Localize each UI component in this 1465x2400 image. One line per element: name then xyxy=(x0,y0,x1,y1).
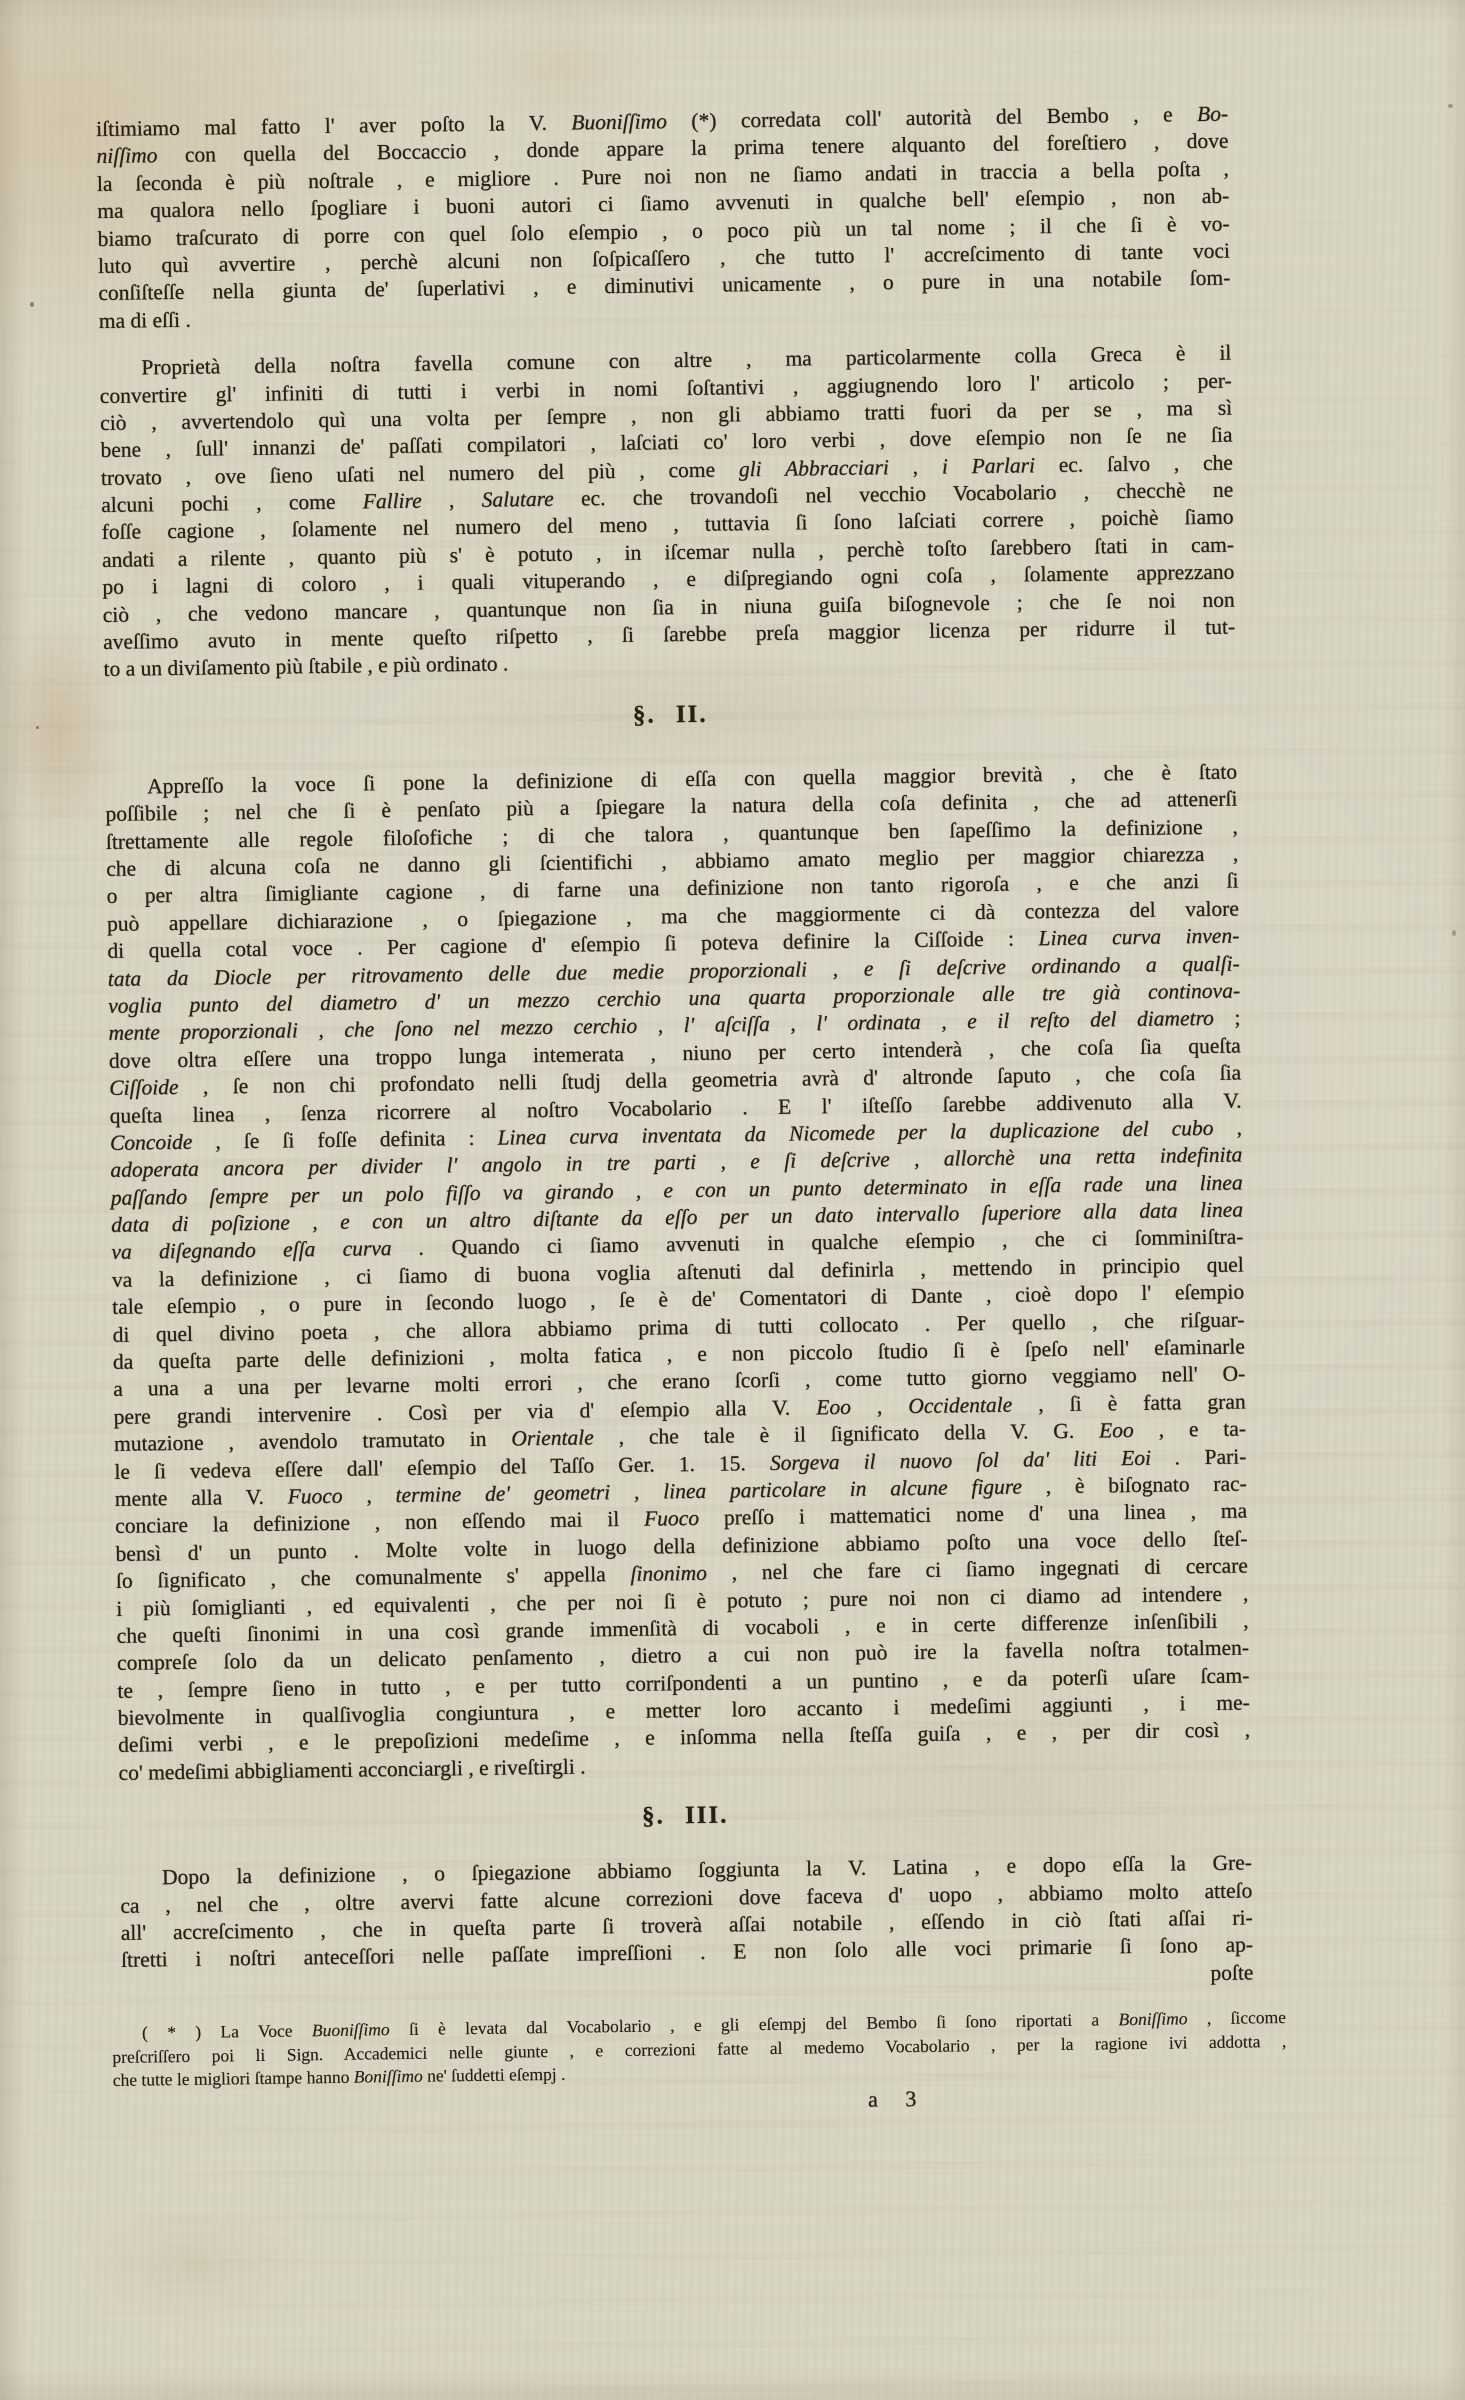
text-segment: , ſi è fatta gran xyxy=(1012,1389,1246,1416)
text-segment: che tutte le migliori ſtampe hanno xyxy=(113,2067,354,2090)
text-segment: ; xyxy=(1214,1006,1241,1030)
text-segment: ( * ) La Voce xyxy=(142,2020,312,2042)
italic-text-segment: Concoide xyxy=(110,1130,193,1155)
text-segment: alcuni pochi , come xyxy=(101,489,363,517)
footnote: ( * ) La Voce Buoniſſimo ſi è levata dal… xyxy=(112,2006,1287,2093)
ink-speck xyxy=(30,302,34,307)
text-segment: co' medeſimi abbigliamenti acconciargli … xyxy=(118,1754,585,1784)
text-segment: ſo ſignificato , che comunalmente s' app… xyxy=(116,1562,631,1593)
text-segment: , è biſognato rac- xyxy=(1022,1471,1247,1498)
text-segment: preſſo i mattematici nome d' una linea ,… xyxy=(699,1499,1247,1530)
italic-text-segment: Linea curva inven- xyxy=(1038,924,1239,951)
italic-text-segment: Boniſſimo xyxy=(1118,2009,1187,2030)
section-heading: §. II. xyxy=(104,692,1236,737)
text-segment: poſte xyxy=(1210,1960,1253,1985)
text-segment: conciare la definizione , non eſſendo ma… xyxy=(115,1507,644,1538)
paragraph: iſtimiamo mal fatto l' aver poſto la V. … xyxy=(96,101,1231,336)
italic-text-segment: Orientale xyxy=(511,1426,594,1451)
ink-speck xyxy=(1452,930,1456,936)
section-heading: §. III. xyxy=(119,1794,1251,1839)
italic-text-segment: Buoniſſimo xyxy=(312,2019,390,2040)
text-segment: ne' ſuddetti eſempj . xyxy=(423,2064,566,2086)
ink-speck xyxy=(1448,104,1453,108)
text-segment: mente alla V. xyxy=(115,1484,288,1510)
text-segment: , xyxy=(342,1483,395,1508)
italic-text-segment: Sorgeva il nuovo ſol da' liti Eoi . xyxy=(770,1445,1181,1475)
italic-text-segment: ſinonimo xyxy=(630,1561,707,1586)
text-segment: ma di eſſi . xyxy=(99,307,191,332)
main-text-column: iſtimiamo mal fatto l' aver poſto la V. … xyxy=(96,101,1255,2123)
italic-text-segment: Fuoco xyxy=(287,1484,342,1509)
ink-speck xyxy=(36,726,39,729)
text-segment: , che tale è il ſignificato della V. G. xyxy=(594,1419,1100,1450)
italic-text-segment: Salutare xyxy=(481,487,553,512)
italic-text-segment: Eoo xyxy=(816,1395,851,1419)
text-segment: iſtimiamo mal fatto l' aver poſto la V. xyxy=(96,111,571,141)
text-segment: , ſe ſi foſſe definita : xyxy=(192,1126,497,1154)
italic-text-segment: Fallire xyxy=(363,489,422,514)
italic-text-segment: va diſegnando eſſa curva . xyxy=(111,1236,424,1264)
text-segment: , xyxy=(889,454,942,479)
paragraph: Appreſſo la voce ſi pone la definizione … xyxy=(105,758,1251,1787)
italic-text-segment: Buoniſſimo xyxy=(571,109,667,134)
italic-text-segment: Boniſſimo xyxy=(354,2066,423,2087)
italic-text-segment: niſſimo xyxy=(96,144,157,169)
paragraph: Proprietà della noſtra favella comune co… xyxy=(99,340,1235,684)
text-segment: ec. ſalvo , che xyxy=(1035,450,1233,477)
text-segment: Pari- xyxy=(1180,1444,1246,1469)
text-segment: , xyxy=(851,1394,909,1419)
text-segment: , e ta- xyxy=(1134,1417,1247,1443)
text-segment: mutazione , avendolo tramutato in xyxy=(114,1427,512,1456)
italic-text-segment: Eoo xyxy=(1099,1418,1134,1442)
italic-text-segment: Ciſſoide xyxy=(109,1075,179,1100)
italic-text-segment: i Parlari xyxy=(942,453,1035,478)
text-segment: , nel che fare ci ſiamo ingegnati di cer… xyxy=(707,1554,1248,1585)
italic-text-segment: gli Abbracciari xyxy=(739,455,889,481)
italic-text-segment: Fuoco xyxy=(644,1506,699,1531)
text-segment: , xyxy=(421,488,481,513)
italic-text-segment: Occidentale xyxy=(908,1392,1012,1417)
text-segment: , ſiccome xyxy=(1187,2007,1286,2028)
paragraph: Dopo la definizione , o ſpiegazione abbi… xyxy=(120,1850,1254,2002)
italic-text-segment: Bo- xyxy=(1197,102,1228,126)
text-segment: to a un diviſamento più ſtabile , e più … xyxy=(103,652,508,682)
